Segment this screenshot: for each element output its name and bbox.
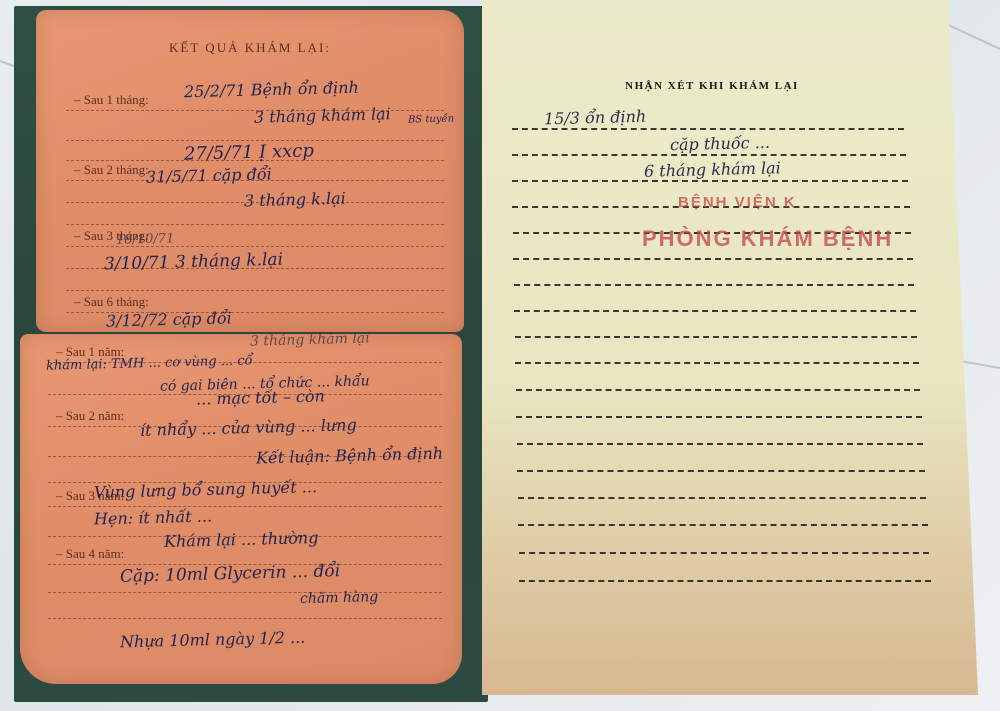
ruled-line bbox=[519, 552, 929, 554]
ruled-line bbox=[514, 284, 914, 286]
row-label: – Sau 4 năm: bbox=[56, 546, 124, 562]
ruled-line bbox=[518, 524, 928, 526]
ruled-line bbox=[516, 416, 922, 418]
handwriting: cặp thuốc ... bbox=[670, 133, 770, 155]
handwriting: 27/5/71 Ị xxcp bbox=[184, 140, 314, 164]
ruled-line bbox=[519, 580, 931, 582]
result-card-bottom: 3 tháng khám lại – Sau 1 năm: khám lại: … bbox=[20, 334, 462, 684]
row-line bbox=[48, 596, 442, 619]
row-label: – Sau 6 tháng: bbox=[74, 294, 149, 310]
handwriting: 3 tháng khám lại bbox=[254, 104, 391, 127]
remarks-page: NHẬN XÉT KHI KHÁM LẠI 15/3 ổn định cặp t… bbox=[482, 0, 978, 695]
result-card-top: KẾT QUẢ KHÁM LẠI: – Sau 1 tháng: 25/2/71… bbox=[36, 10, 464, 332]
handwriting: ... mạc tốt – còn bbox=[196, 386, 325, 408]
row-label: – Sau 2 tháng: bbox=[74, 162, 149, 178]
handwriting: Hẹn: ít nhất ... bbox=[94, 506, 212, 528]
handwriting: 6 tháng khám lại bbox=[644, 158, 781, 181]
ruled-line bbox=[514, 310, 916, 312]
ruled-line bbox=[512, 128, 904, 130]
handwriting: Khám lại ... thường bbox=[164, 528, 319, 551]
handwriting: 31/5/71 cặp đổi bbox=[146, 164, 272, 186]
ruled-line bbox=[518, 497, 926, 499]
ruled-line bbox=[517, 443, 923, 445]
ruled-line bbox=[517, 470, 925, 472]
handwriting: 18/10/71 bbox=[116, 231, 175, 248]
ruled-line bbox=[515, 336, 917, 338]
marble-vein bbox=[960, 360, 1000, 371]
ruled-line bbox=[513, 258, 913, 260]
handwriting-signature: BS tuyền bbox=[408, 113, 454, 125]
ruled-line bbox=[512, 154, 906, 156]
ruled-line bbox=[512, 180, 908, 182]
handwriting: 3/12/72 cặp đổi bbox=[106, 308, 232, 330]
handwriting: chăm hàng bbox=[300, 589, 379, 607]
ruled-line bbox=[515, 362, 919, 364]
row-label: – Sau 2 năm: bbox=[56, 408, 124, 424]
row-label: – Sau 1 tháng: bbox=[74, 92, 149, 108]
ruled-line bbox=[516, 389, 920, 391]
handwriting: 3 tháng k.lại bbox=[244, 189, 346, 211]
handwriting: 15/3 ổn định bbox=[544, 107, 647, 129]
row-6-month: – Sau 6 tháng: bbox=[66, 290, 444, 313]
stamp-line-1: BỆNH VIỆN K bbox=[678, 194, 797, 211]
stamp-line-2: PHÒNG KHÁM BỆNH bbox=[642, 226, 893, 252]
card-title: KẾT QUẢ KHÁM LẠI: bbox=[36, 40, 464, 56]
page-title: NHẬN XÉT KHI KHÁM LẠI bbox=[482, 80, 942, 92]
handwriting: Nhựa 10ml ngày 1/2 ... bbox=[120, 628, 306, 652]
